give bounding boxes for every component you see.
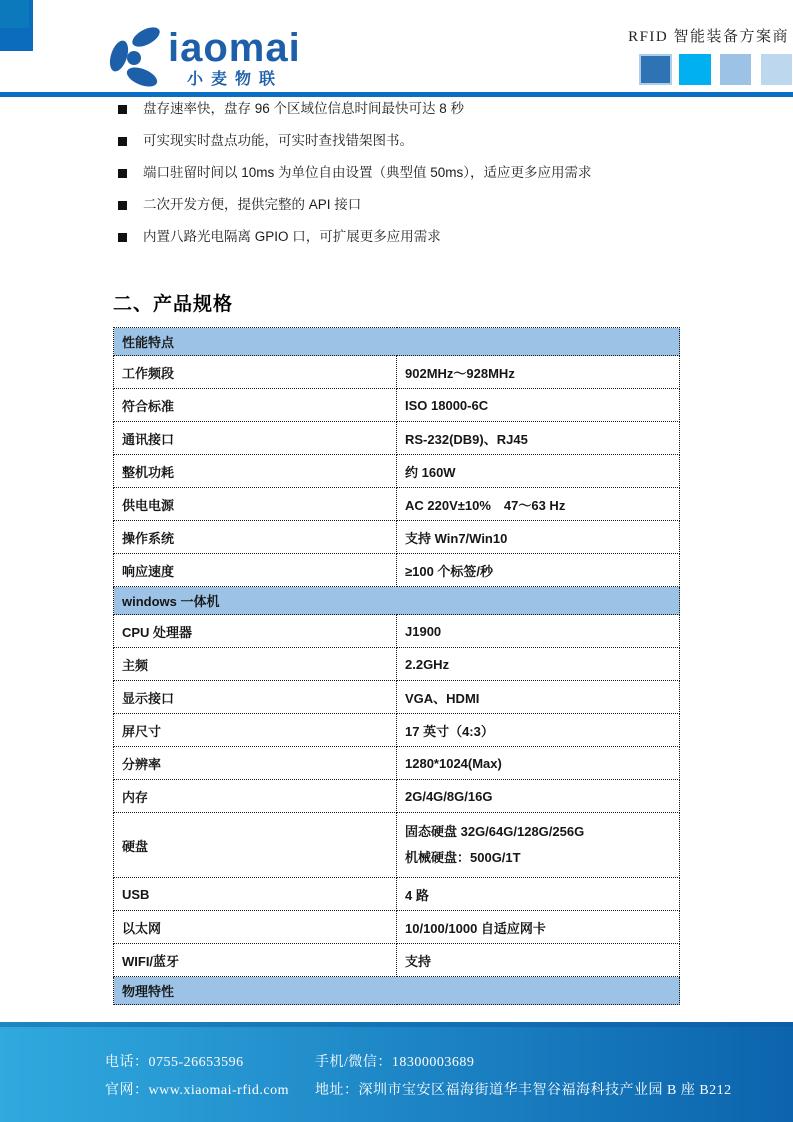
decor-square-right-1 xyxy=(639,54,672,85)
table-row: 整机功耗 约 160W xyxy=(114,455,680,488)
spec-value: AC 220V±10% 47～63 Hz xyxy=(397,488,680,521)
spec-value: 约 160W xyxy=(397,455,680,488)
footer-phone-value: 0755-26653596 xyxy=(149,1055,244,1070)
spec-label: 通讯接口 xyxy=(114,422,397,455)
table-row: 通讯接口 RS-232(DB9)、RJ45 xyxy=(114,422,680,455)
table-section-header-label: 物理特性 xyxy=(114,977,680,1005)
bullet-text: 可实现实时盘点功能，可实时查找错架图书。 xyxy=(143,134,413,148)
table-section-header-label: windows 一体机 xyxy=(114,587,680,615)
spec-value: VGA、HDMI xyxy=(397,681,680,714)
table-row: 内存 2G/4G/8G/16G xyxy=(114,780,680,813)
spec-value-line-1: 固态硬盘 32G/64G/128G/256G xyxy=(405,825,675,839)
footer-mobile-wechat: 手机/微信：18300003689 xyxy=(315,1051,474,1071)
footer-address-label: 地址： xyxy=(315,1083,359,1098)
table-row: USB 4 路 xyxy=(114,878,680,911)
footer-address: 地址：深圳市宝安区福海街道华丰智谷福海科技产业园 B 座 B212 xyxy=(315,1079,732,1099)
table-row: 屏尺寸 17 英寸（4:3） xyxy=(114,714,680,747)
decor-square-right-3 xyxy=(720,54,751,85)
footer-mobile-value: 18300003689 xyxy=(392,1055,475,1070)
table-row: CPU 处理器 J1900 xyxy=(114,615,680,648)
page-footer: 电话：0755-26653596 手机/微信：18300003689 官网：ww… xyxy=(0,1022,793,1122)
list-item: 可实现实时盘点功能，可实时查找错架图书。 xyxy=(118,134,738,148)
spec-value: 1280*1024(Max) xyxy=(397,747,680,780)
spec-label: 屏尺寸 xyxy=(114,714,397,747)
table-section-header: 物理特性 xyxy=(114,977,680,1005)
list-item: 内置八路光电隔离 GPIO 口，可扩展更多应用需求 xyxy=(118,230,738,244)
spec-value: ≥100 个标签/秒 xyxy=(397,554,680,587)
bullet-text: 二次开发方便，提供完整的 API 接口 xyxy=(143,198,361,212)
table-row: 供电电源 AC 220V±10% 47～63 Hz xyxy=(114,488,680,521)
spec-label: 供电电源 xyxy=(114,488,397,521)
table-section-header-label: 性能特点 xyxy=(114,328,680,356)
bullet-square-icon xyxy=(118,137,127,146)
spec-table: 性能特点 工作频段 902MHz～928MHz 符合标准 ISO 18000-6… xyxy=(113,327,680,1005)
spec-label: 硬盘 xyxy=(114,813,397,878)
spec-value-line-2: 机械硬盘：500G/1T xyxy=(405,851,675,865)
spec-value: RS-232(DB9)、RJ45 xyxy=(397,422,680,455)
logo-chinese-name: 小麦物联 xyxy=(187,72,283,88)
footer-website-label: 官网： xyxy=(105,1083,149,1098)
spec-value: 10/100/1000 自适应网卡 xyxy=(397,911,680,944)
spec-value: 902MHz～928MHz xyxy=(397,356,680,389)
decor-square-left-blue xyxy=(0,0,29,28)
table-row: 响应速度 ≥100 个标签/秒 xyxy=(114,554,680,587)
spec-label: 符合标准 xyxy=(114,389,397,422)
decor-square-right-4 xyxy=(761,54,792,85)
spec-label: 整机功耗 xyxy=(114,455,397,488)
bullet-square-icon xyxy=(118,233,127,242)
header-divider-rule xyxy=(0,92,793,97)
spec-label: CPU 处理器 xyxy=(114,615,397,648)
list-item: 端口驻留时间以 10ms 为单位自由设置（典型值 50ms），适应更多应用需求 xyxy=(118,166,738,180)
table-row: 硬盘 固态硬盘 32G/64G/128G/256G 机械硬盘：500G/1T xyxy=(114,813,680,878)
footer-phone: 电话：0755-26653596 xyxy=(105,1051,244,1071)
bullet-text: 盘存速率快，盘存 96 个区域位信息时间最快可达 8 秒 xyxy=(143,102,464,116)
table-row: 主频 2.2GHz xyxy=(114,648,680,681)
bullet-square-icon xyxy=(118,105,127,114)
table-row: 工作频段 902MHz～928MHz xyxy=(114,356,680,389)
footer-mobile-label: 手机/微信： xyxy=(315,1055,392,1070)
spec-value: 4 路 xyxy=(397,878,680,911)
table-row: 符合标准 ISO 18000-6C xyxy=(114,389,680,422)
spec-value: 2G/4G/8G/16G xyxy=(397,780,680,813)
spec-label: 内存 xyxy=(114,780,397,813)
bullet-text: 内置八路光电隔离 GPIO 口，可扩展更多应用需求 xyxy=(143,230,441,244)
spec-label: 工作频段 xyxy=(114,356,397,389)
footer-address-value: 深圳市宝安区福海街道华丰智谷福海科技产业园 B 座 B212 xyxy=(359,1083,732,1098)
spec-value: ISO 18000-6C xyxy=(397,389,680,422)
spec-label: 响应速度 xyxy=(114,554,397,587)
spec-label: 分辨率 xyxy=(114,747,397,780)
footer-website-url: www.xiaomai-rfid.com xyxy=(149,1083,290,1098)
spec-label: USB xyxy=(114,878,397,911)
spec-value: 固态硬盘 32G/64G/128G/256G 机械硬盘：500G/1T xyxy=(397,813,680,878)
table-row: 以太网 10/100/1000 自适应网卡 xyxy=(114,911,680,944)
feature-bullet-list: 盘存速率快，盘存 96 个区域位信息时间最快可达 8 秒 可实现实时盘点功能，可… xyxy=(118,102,738,262)
spec-value: 支持 Win7/Win10 xyxy=(397,521,680,554)
company-tagline: RFID 智能装备方案商 xyxy=(628,25,789,46)
xiaomai-k-icon xyxy=(106,26,168,90)
logo-wordmark: iaomai xyxy=(168,28,301,68)
bullet-text: 端口驻留时间以 10ms 为单位自由设置（典型值 50ms），适应更多应用需求 xyxy=(143,166,592,180)
spec-label: 以太网 xyxy=(114,911,397,944)
table-row: WIFI/蓝牙 支持 xyxy=(114,944,680,977)
spec-value: J1900 xyxy=(397,615,680,648)
list-item: 盘存速率快，盘存 96 个区域位信息时间最快可达 8 秒 xyxy=(118,102,738,116)
table-section-header: 性能特点 xyxy=(114,328,680,356)
table-row: 显示接口 VGA、HDMI xyxy=(114,681,680,714)
decor-square-right-2 xyxy=(679,54,711,85)
spec-value: 2.2GHz xyxy=(397,648,680,681)
table-section-header: windows 一体机 xyxy=(114,587,680,615)
table-row: 分辨率 1280*1024(Max) xyxy=(114,747,680,780)
spec-value: 支持 xyxy=(397,944,680,977)
spec-label: WIFI/蓝牙 xyxy=(114,944,397,977)
bullet-square-icon xyxy=(118,201,127,210)
spec-label: 主频 xyxy=(114,648,397,681)
spec-label: 显示接口 xyxy=(114,681,397,714)
table-row: 操作系统 支持 Win7/Win10 xyxy=(114,521,680,554)
footer-phone-label: 电话： xyxy=(105,1055,149,1070)
spec-label: 操作系统 xyxy=(114,521,397,554)
list-item: 二次开发方便，提供完整的 API 接口 xyxy=(118,198,738,212)
spec-value: 17 英寸（4:3） xyxy=(397,714,680,747)
page-title: 二、产品规格 xyxy=(113,289,233,316)
bullet-square-icon xyxy=(118,169,127,178)
document-page: iaomai 小麦物联 RFID 智能装备方案商 盘存速率快，盘存 96 个区域… xyxy=(0,0,793,1122)
footer-website: 官网：www.xiaomai-rfid.com xyxy=(105,1079,289,1099)
